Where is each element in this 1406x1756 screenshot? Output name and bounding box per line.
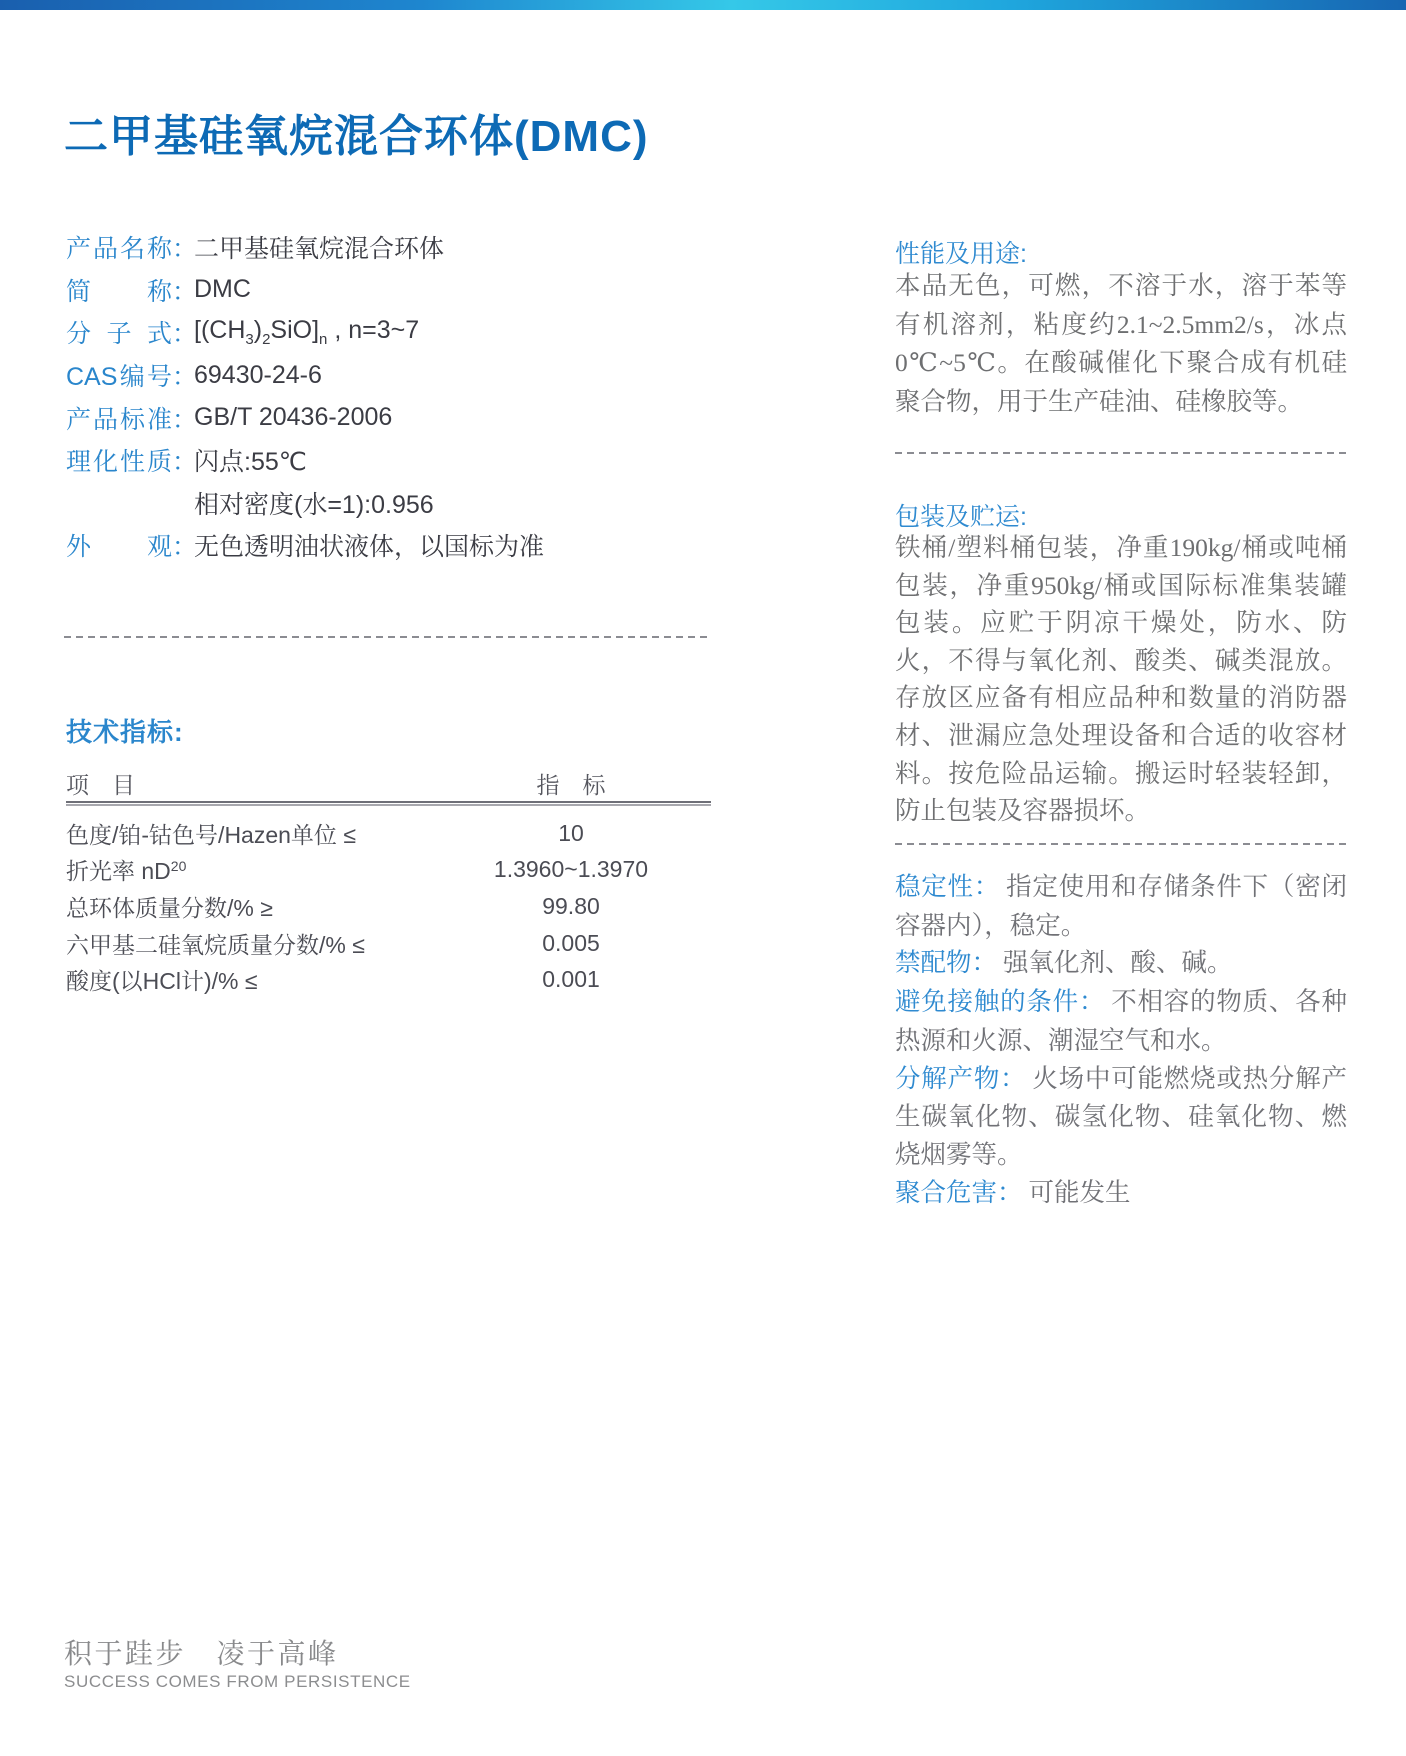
field-value: DMC: [194, 275, 251, 304]
tech-indicators-heading: 技术指标:: [66, 712, 184, 749]
field-row-cas: CAS编号：69430-24-6: [66, 354, 714, 397]
field-colon: ：: [172, 400, 194, 436]
field-colon: ：: [172, 442, 194, 478]
formula-part: SiO]: [270, 316, 319, 344]
safety-label: 避免接触的条件：: [895, 988, 1105, 1016]
divider-dashed-left: [64, 636, 709, 638]
divider-dashed-right-2: [895, 843, 1347, 845]
field-value: 闪点:55℃: [194, 442, 307, 478]
field-colon: ：: [172, 272, 194, 308]
table-header-row: 项 目 指 标: [66, 765, 711, 801]
packaging-heading: 包装及贮运:: [895, 497, 1027, 533]
table-row: 总环体质量分数/% ≥ 99.80: [66, 888, 711, 925]
field-value: 69430-24-6: [194, 361, 322, 390]
field-label: 外观: [66, 527, 172, 563]
table-cell-value: 0.001: [431, 966, 711, 993]
table-header-value: 指 标: [431, 767, 711, 800]
divider-dashed-right-1: [895, 452, 1347, 454]
page-title: 二甲基硅氧烷混合环体(DMC): [64, 100, 649, 164]
safety-label: 聚合危害：: [895, 1179, 1023, 1207]
packaging-body: 铁桶/塑料桶包装，净重190kg/桶或吨桶包装，净重950kg/桶或国际标准集装…: [895, 529, 1347, 830]
performance-heading: 性能及用途:: [895, 234, 1027, 270]
brand-gradient-bar: [0, 0, 1406, 10]
safety-text: 可能发生: [1029, 1178, 1131, 1207]
field-label: 产品标准: [66, 400, 172, 436]
field-colon: ：: [172, 314, 194, 350]
safety-label: 稳定性：: [895, 873, 1000, 901]
performance-body: 本品无色，可燃，不溶于水，溶于苯等有机溶剂，粘度约2.1~2.5mm2/s，冰点…: [895, 267, 1347, 421]
field-value: 二甲基硅氧烷混合环体: [194, 229, 444, 265]
safety-item-polymerization-hazard: 聚合危害：可能发生: [895, 1174, 1347, 1213]
field-value: GB/T 20436-2006: [194, 403, 392, 432]
safety-label: 分解产物：: [895, 1065, 1026, 1093]
safety-item-decomposition-products: 分解产物：火场中可能燃烧或热分解产生碳氧化物、碳氢化物、硅氧化物、燃烧烟雾等。: [895, 1060, 1347, 1174]
safety-label: 禁配物：: [895, 949, 997, 977]
table-header-item: 项 目: [66, 767, 431, 800]
field-row-appearance: 外观：无色透明油状液体，以国标为准: [66, 524, 714, 567]
field-value: 相对密度(水=1):0.956: [194, 485, 434, 521]
table-row: 色度/铂-钴色号/Hazen单位 ≤ 10: [66, 815, 711, 852]
field-row-density: 相对密度(水=1):0.956: [66, 482, 714, 525]
table-cell-value: 1.3960~1.3970: [431, 856, 711, 883]
footer-slogan-en: SUCCESS COMES FROM PERSISTENCE: [64, 1672, 411, 1692]
table-cell-item: 折光率 nD20: [66, 853, 431, 886]
formula-part: ): [254, 316, 262, 344]
field-label: 理化性质: [66, 442, 172, 478]
field-row-product-name: 产品名称：二甲基硅氧烷混合环体: [66, 226, 714, 269]
table-row: 酸度(以HCl计)/% ≤ 0.001: [66, 961, 711, 998]
tech-indicators-table: 项 目 指 标 色度/铂-钴色号/Hazen单位 ≤ 10 折光率 nD20 1…: [66, 765, 711, 998]
field-label: 产品名称: [66, 229, 172, 265]
field-label: 分子式: [66, 314, 172, 350]
table-cell-item: 六甲基二硅氧烷质量分数/% ≤: [66, 927, 431, 960]
field-row-standard: 产品标准：GB/T 20436-2006: [66, 396, 714, 439]
table-cell-item: 总环体质量分数/% ≥: [66, 890, 431, 923]
safety-item-conditions-to-avoid: 避免接触的条件：不相容的物质、各种热源和火源、潮湿空气和水。: [895, 983, 1347, 1059]
table-row: 折光率 nD20 1.3960~1.3970: [66, 852, 711, 889]
field-label: CAS编号: [66, 357, 172, 393]
safety-section: 稳定性：指定使用和存储条件下（密闭容器内），稳定。 禁配物：强氧化剂、酸、碱。 …: [895, 868, 1347, 1212]
field-row-formula: 分子式：[(CH3)2SiO]n , n=3~7: [66, 311, 714, 354]
field-row-physchem: 理化性质：闪点:55℃: [66, 439, 714, 482]
datasheet-page: 二甲基硅氧烷混合环体(DMC) 产品名称：二甲基硅氧烷混合环体 简称：DMC 分…: [0, 0, 1406, 1756]
field-value: 无色透明油状液体，以国标为准: [194, 527, 544, 563]
safety-text: 强氧化剂、酸、碱。: [1003, 948, 1233, 977]
safety-item-incompatibles: 禁配物：强氧化剂、酸、碱。: [895, 944, 1347, 983]
safety-item-stability: 稳定性：指定使用和存储条件下（密闭容器内），稳定。: [895, 868, 1347, 944]
formula-part: [(CH: [194, 316, 245, 344]
product-fields: 产品名称：二甲基硅氧烷混合环体 简称：DMC 分子式：[(CH3)2SiO]n …: [66, 226, 714, 567]
field-value-formula: [(CH3)2SiO]n , n=3~7: [194, 316, 419, 348]
field-label: 简称: [66, 272, 172, 308]
field-colon: ：: [172, 527, 194, 563]
table-body: 色度/铂-钴色号/Hazen单位 ≤ 10 折光率 nD20 1.3960~1.…: [66, 806, 711, 998]
table-cell-item: 色度/铂-钴色号/Hazen单位 ≤: [66, 817, 431, 850]
table-row: 六甲基二硅氧烷质量分数/% ≤ 0.005: [66, 925, 711, 962]
refractive-index-superscript: 20: [171, 858, 187, 874]
field-colon: ：: [172, 357, 194, 393]
table-cell-value: 10: [431, 820, 711, 847]
table-cell-value: 99.80: [431, 893, 711, 920]
formula-part: , n=3~7: [327, 316, 419, 344]
field-row-short-name: 简称：DMC: [66, 269, 714, 312]
field-colon: ：: [172, 229, 194, 265]
table-cell-value: 0.005: [431, 930, 711, 957]
formula-subscript: 3: [245, 331, 253, 348]
table-cell-item: 酸度(以HCl计)/% ≤: [66, 963, 431, 996]
footer-slogan-zh: 积于跬步 凌于高峰: [64, 1632, 339, 1672]
refractive-index-label: 折光率 nD: [66, 858, 171, 884]
